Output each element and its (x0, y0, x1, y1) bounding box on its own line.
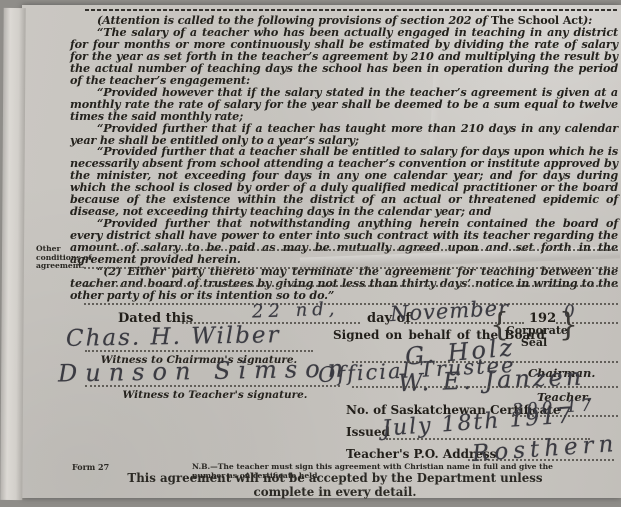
torn-paper-edge (0, 8, 25, 500)
seal-right-brace-icon: } (559, 320, 578, 333)
provision-paragraph: “The salary of a teacher who has been ac… (70, 27, 618, 87)
teacher-witness-line (85, 385, 340, 387)
handwritten-teacher-witness-signature: Dunson Simson (58, 354, 352, 387)
conditions-ruled-line (84, 303, 618, 305)
provision-paragraph: “Provided however that if the salary sta… (70, 87, 618, 123)
handwritten-day: 22 nd, (252, 298, 340, 322)
conditions-ruled-line (84, 285, 618, 287)
provision-paragraph: “(2) Either party thereto may terminate … (70, 266, 618, 302)
provision-paragraph: “Provided further that notwithstanding a… (70, 218, 618, 266)
teacher-signature-line (352, 386, 618, 388)
scanned-agreement-form: (Attention is called to the following pr… (0, 0, 621, 507)
conditions-ruled-line (84, 267, 618, 269)
final-notice: This agreement will not be accepted by t… (105, 471, 565, 499)
provision-paragraph: “Provided further that a teacher shall b… (70, 146, 618, 218)
top-dashed-rule (85, 9, 618, 11)
conditions-ruled-line (86, 249, 618, 251)
provision-paragraph: “Provided further that if a teacher has … (70, 123, 618, 147)
seal-left-brace-icon: { (490, 320, 509, 333)
form-number: Form 27 (72, 462, 109, 472)
handwritten-chairman-witness-signature: Chas. H. Wilber (66, 322, 281, 352)
witness-teacher-label: Witness to Teacher's signature. (95, 389, 335, 401)
provisions-text-block: (Attention is called to the following pr… (70, 15, 618, 302)
chairman-witness-line (85, 350, 313, 352)
